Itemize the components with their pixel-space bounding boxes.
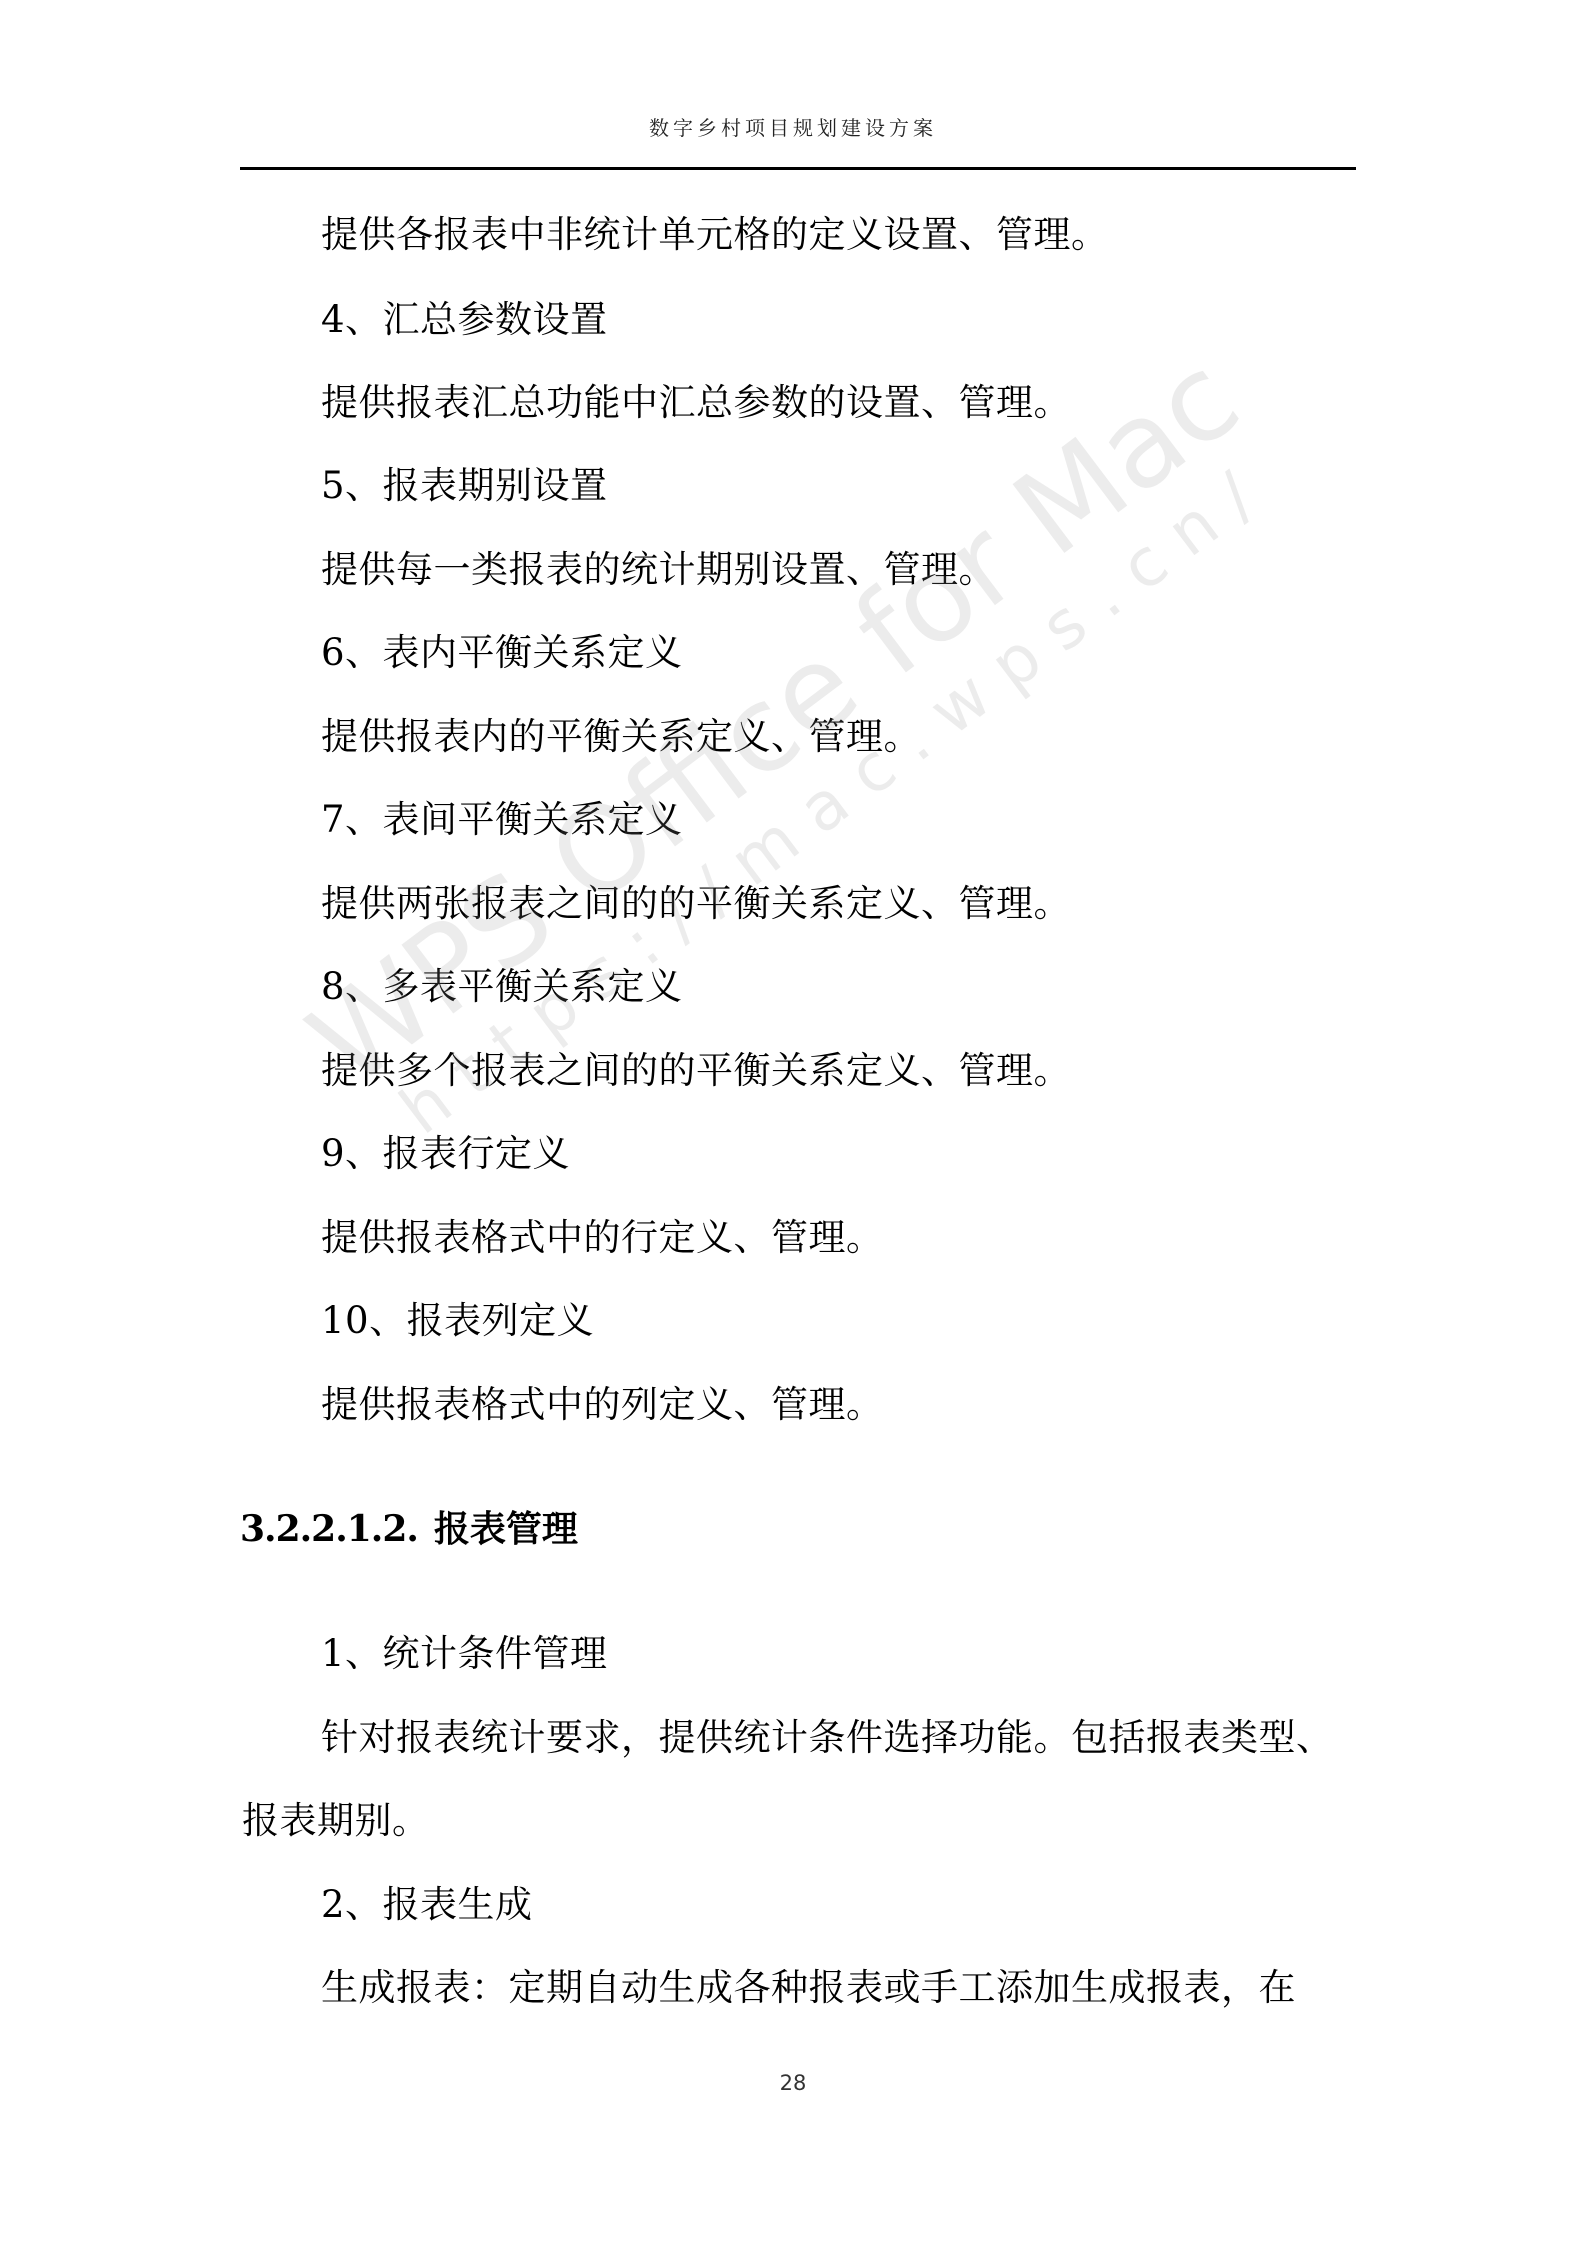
paragraph-line: 生成报表：定期自动生成各种报表或手工添加生成报表，在 — [321, 1966, 1296, 2010]
list-item-heading: 5、报表期别设置 — [321, 464, 608, 508]
watermark-url: https://mac.wps.cn/ — [389, 434, 1302, 1146]
paragraph-line: 提供各报表中非统计单元格的定义设置、管理。 — [321, 213, 1109, 257]
paragraph-line: 提供报表格式中的列定义、管理。 — [321, 1383, 884, 1427]
header-divider — [240, 167, 1356, 170]
document-page: 数字乡村项目规划建设方案 提供各报表中非统计单元格的定义设置、管理。 4、汇总参… — [0, 0, 1586, 2244]
section-title: 报表管理 — [434, 1508, 578, 1550]
paragraph-line: 提供报表内的平衡关系定义、管理。 — [321, 715, 921, 759]
page-number: 28 — [0, 2071, 1586, 2095]
section-number: 3.2.2.1.2. — [240, 1508, 418, 1550]
list-item-heading: 7、表间平衡关系定义 — [321, 798, 683, 842]
list-item-heading: 4、汇总参数设置 — [321, 298, 608, 342]
list-item-heading: 1、统计条件管理 — [321, 1632, 608, 1676]
list-item-heading: 10、报表列定义 — [321, 1299, 594, 1343]
paragraph-line: 针对报表统计要求，提供统计条件选择功能。包括报表类型、 — [321, 1716, 1334, 1760]
list-item-heading: 6、表内平衡关系定义 — [321, 631, 683, 675]
section-heading: 3.2.2.1.2.报表管理 — [240, 1507, 578, 1551]
paragraph-line: 提供多个报表之间的的平衡关系定义、管理。 — [321, 1049, 1071, 1093]
list-item-heading: 2、报表生成 — [321, 1883, 533, 1927]
paragraph-line-continuation: 报表期别。 — [242, 1799, 430, 1843]
list-item-heading: 9、报表行定义 — [321, 1132, 570, 1176]
running-header-title: 数字乡村项目规划建设方案 — [0, 112, 1586, 141]
list-item-heading: 8、多表平衡关系定义 — [321, 965, 683, 1009]
paragraph-line: 提供报表格式中的行定义、管理。 — [321, 1216, 884, 1260]
paragraph-line: 提供报表汇总功能中汇总参数的设置、管理。 — [321, 381, 1071, 425]
paragraph-line: 提供两张报表之间的的平衡关系定义、管理。 — [321, 882, 1071, 926]
paragraph-line: 提供每一类报表的统计期别设置、管理。 — [321, 548, 996, 592]
